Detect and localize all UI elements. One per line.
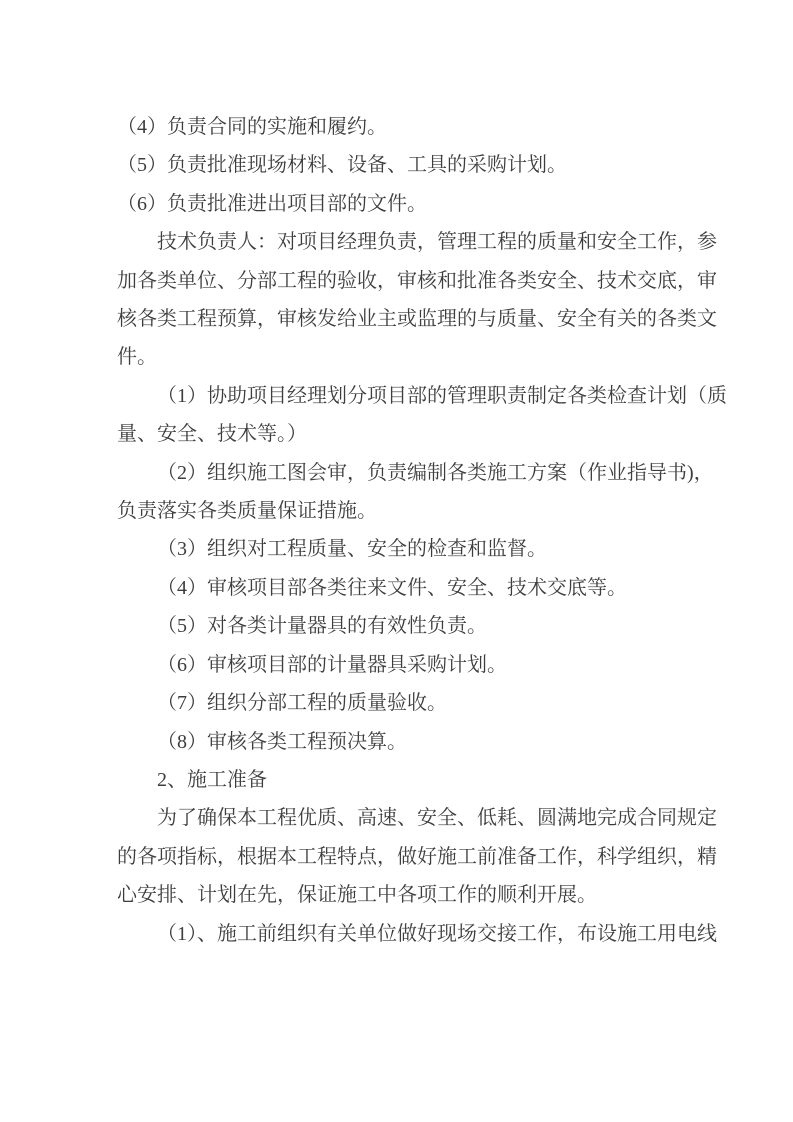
text-line: （2）组织施工图会审，负责编制各类施工方案（作业指导书)，	[117, 454, 721, 492]
document-text-block: （4）负责合同的实施和履约。 （5）负责批准现场材料、设备、工具的采购计划。 （…	[117, 108, 721, 953]
text-line: （5）对各类计量器具的有效性负责。	[117, 607, 721, 645]
text-line: （7）组织分部工程的质量验收。	[117, 684, 721, 722]
text-line: （1）协助项目经理划分项目部的管理职责制定各类检查计划（质	[117, 377, 721, 415]
text-line: （4）审核项目部各类往来文件、安全、技术交底等。	[117, 569, 721, 607]
text-line: 核各类工程预算，审核发给业主或监理的与质量、安全有关的各类文	[117, 300, 721, 338]
text-line: 心安排、计划在先，保证施工中各项工作的顺利开展。	[117, 876, 721, 914]
text-line: （4）负责合同的实施和履约。	[117, 108, 721, 146]
section-heading: 2、施工准备	[117, 761, 721, 799]
text-line: 技术负责人：对项目经理负责，管理工程的质量和安全工作，参	[117, 223, 721, 261]
text-line: （5）负责批准现场材料、设备、工具的采购计划。	[117, 146, 721, 184]
text-line: （6）负责批准进出项目部的文件。	[117, 185, 721, 223]
text-line: （1）、施工前组织有关单位做好现场交接工作，布设施工用电线	[117, 915, 721, 953]
text-line: 加各类单位、分部工程的验收，审核和批准各类安全、技术交底，审	[117, 262, 721, 300]
text-line: （8）审核各类工程预决算。	[117, 723, 721, 761]
text-line: 的各项指标，根据本工程特点，做好施工前准备工作，科学组织，精	[117, 838, 721, 876]
text-line: （6）审核项目部的计量器具采购计划。	[117, 646, 721, 684]
text-line: 量、安全、技术等。）	[117, 415, 721, 453]
text-line: 件。	[117, 338, 721, 376]
text-line: （3）组织对工程质量、安全的检查和监督。	[117, 530, 721, 568]
text-line: 为了确保本工程优质、高速、安全、低耗、圆满地完成合同规定	[117, 799, 721, 837]
text-line: 负责落实各类质量保证措施。	[117, 492, 721, 530]
document-page: （4）负责合同的实施和履约。 （5）负责批准现场材料、设备、工具的采购计划。 （…	[0, 0, 793, 1122]
